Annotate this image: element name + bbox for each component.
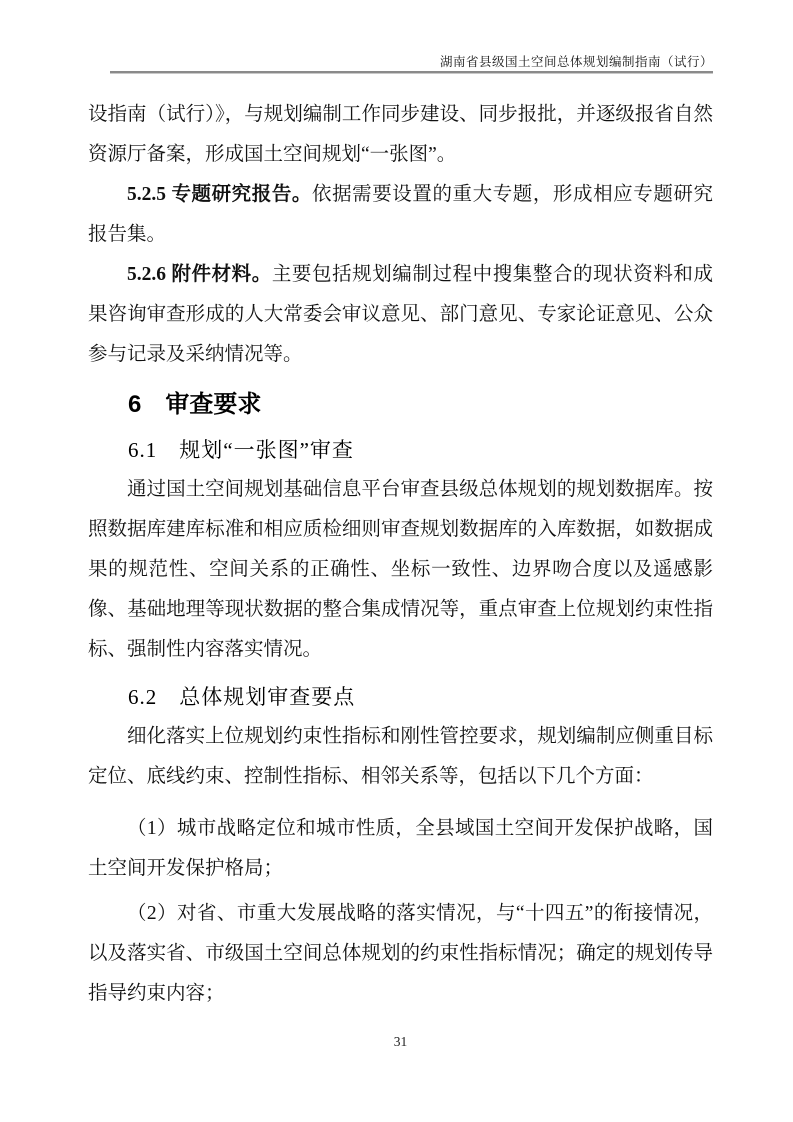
section-6-2-list-item-2: （2）对省、市重大发展战略的落实情况，与“十四五”的衔接情况，以及落实省、市级国… bbox=[88, 894, 713, 1014]
document-body: 设指南（试行）》，与规划编制工作同步建设、同步报批，并逐级报省自然资源厅备案，形… bbox=[88, 95, 713, 1014]
section-6-1-heading: 6.1 规划“一张图”审查 bbox=[88, 430, 713, 470]
header-rule bbox=[110, 71, 713, 73]
document-page: 湖南省县级国土空间总体规划编制指南（试行） 设指南（试行）》，与规划编制工作同步… bbox=[0, 0, 793, 1122]
section-6-2-list-item-1: （1）城市战略定位和城市性质，全县域国土空间开发保护战略，国土空间开发保护格局； bbox=[88, 809, 713, 889]
section-6-2-paragraph: 细化落实上位规划约束性指标和刚性管控要求，规划编制应侧重目标定位、底线约束、控制… bbox=[88, 717, 713, 797]
body-paragraph-continuation: 设指南（试行）》，与规划编制工作同步建设、同步报批，并逐级报省自然资源厅备案，形… bbox=[88, 95, 713, 175]
chapter-6-heading: 6 审查要求 bbox=[88, 385, 713, 425]
page-number: 31 bbox=[88, 1034, 713, 1050]
section-5-2-6-paragraph: 5.2.6 附件材料。主要包括规划编制过程中搜集整合的现状资料和成果咨询审查形成… bbox=[88, 255, 713, 375]
section-6-1-paragraph: 通过国土空间规划基础信息平台审查县级总体规划的规划数据库。按照数据库建库标准和相… bbox=[88, 470, 713, 670]
section-5-2-5-label: 5.2.5 专题研究报告。 bbox=[127, 184, 312, 205]
section-5-2-5-paragraph: 5.2.5 专题研究报告。依据需要设置的重大专题，形成相应专题研究报告集。 bbox=[88, 175, 713, 255]
section-5-2-6-label: 5.2.6 附件材料。 bbox=[127, 264, 272, 285]
page-header-title: 湖南省县级国土空间总体规划编制指南（试行） bbox=[88, 54, 713, 70]
section-6-2-heading: 6.2 总体规划审查要点 bbox=[88, 677, 713, 717]
